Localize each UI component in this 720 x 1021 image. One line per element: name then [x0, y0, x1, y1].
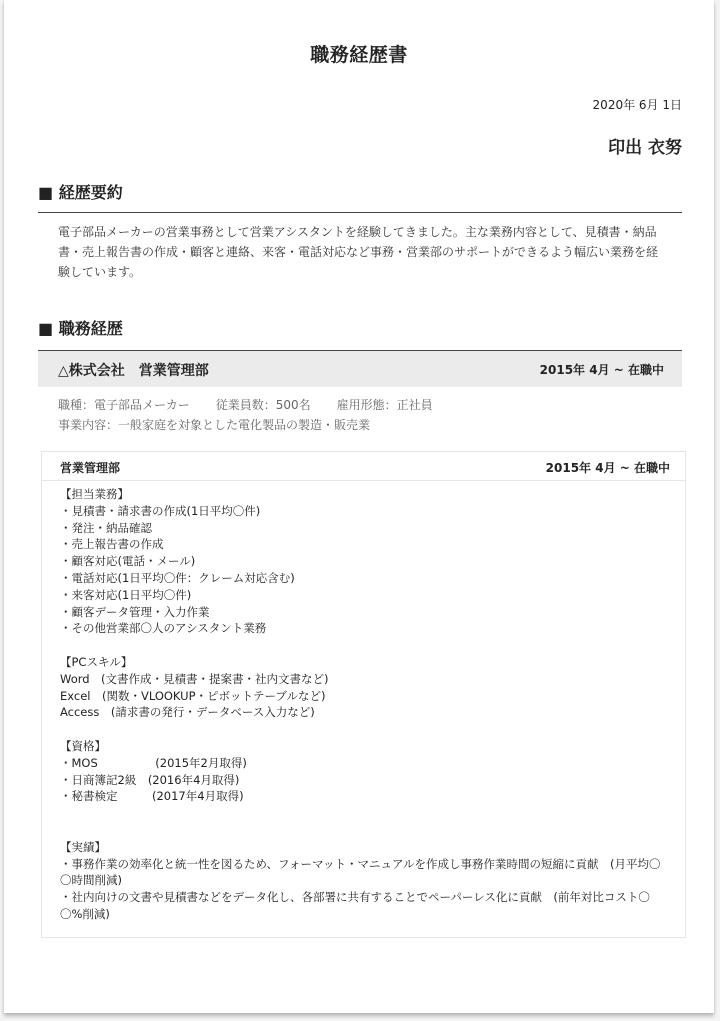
document-date: 2020年 6月 1日 — [593, 96, 682, 113]
duty-item: ・売上報告書の作成 — [60, 536, 667, 553]
pc-skill-item: Word (文書作成・見積書・提案書・社内文書など) — [60, 671, 667, 688]
company-business: 事業内容：一般家庭を対象とした電化製品の製造・販売業 — [58, 415, 459, 435]
achievements-heading: 【実績】 — [60, 839, 667, 856]
company-employment-type: 雇用形態：正社員 — [337, 398, 433, 412]
summary-text: 電子部品メーカーの営業事務として営業アシスタントを経験してきました。主な業務内容… — [58, 222, 668, 282]
pc-skill-item: Excel (関数・VLOOKUP・ピボットテーブルなど) — [60, 688, 667, 705]
applicant-name: 印出 衣努 — [608, 133, 682, 158]
company-industry: 職種：電子部品メーカー — [58, 398, 190, 412]
company-name: △株式会社 営業管理部 — [58, 360, 209, 380]
summary-divider — [38, 212, 682, 213]
duties-heading: 【担当業務】 — [60, 486, 667, 503]
qualifications-heading: 【資格】 — [60, 738, 667, 755]
summary-heading: ■ 経歴要約 — [38, 180, 123, 203]
company-info: 職種：電子部品メーカー従業員数：500名雇用形態：正社員 事業内容：一般家庭を対… — [58, 395, 459, 435]
department-box: 営業管理部 2015年 4月 ~ 在職中 【担当業務】 ・見積書・請求書の作成(… — [41, 451, 686, 938]
department-header: 営業管理部 2015年 4月 ~ 在職中 — [42, 452, 685, 481]
resume-page: 職務経歴書 2020年 6月 1日 印出 衣努 ■ 経歴要約 電子部品メーカーの… — [4, 0, 714, 1013]
company-period: 2015年 4月 ~ 在職中 — [540, 361, 664, 378]
duty-item: ・顧客対応(電話・メール) — [60, 553, 667, 570]
pc-skill-item: Access (請求書の発行・データベース入力など) — [60, 704, 667, 721]
duty-item: ・発注・納品確認 — [60, 520, 667, 537]
pc-skills-heading: 【PCスキル】 — [60, 654, 667, 671]
company-employees: 従業員数：500名 — [216, 398, 311, 412]
qualification-item: ・日商簿記2級 (2016年4月取得) — [60, 772, 667, 789]
document-title: 職務経歴書 — [4, 40, 714, 67]
department-name: 営業管理部 — [60, 459, 120, 476]
duty-item: ・見積書・請求書の作成(1日平均〇件) — [60, 503, 667, 520]
duty-item: ・電話対応(1日平均〇件：クレーム対応含む) — [60, 570, 667, 587]
qualification-item: ・MOS (2015年2月取得) — [60, 755, 667, 772]
career-heading: ■ 職務経歴 — [38, 316, 123, 339]
duty-item: ・その他営業部〇人のアシスタント業務 — [60, 620, 667, 637]
achievement-item: ・社内向けの文書や見積書などをデータ化し、各部署に共有することでペーパーレス化に… — [60, 889, 667, 923]
department-details: 【担当業務】 ・見積書・請求書の作成(1日平均〇件) ・発注・納品確認 ・売上報… — [42, 481, 685, 923]
qualification-item: ・秘書検定 (2017年4月取得) — [60, 788, 667, 805]
company-header: △株式会社 営業管理部 2015年 4月 ~ 在職中 — [38, 350, 682, 387]
duty-item: ・顧客データ管理・入力作業 — [60, 604, 667, 621]
achievement-item: ・事務作業の効率化と統一性を図るため、フォーマット・マニュアルを作成し事務作業時… — [60, 856, 667, 890]
department-period: 2015年 4月 ~ 在職中 — [546, 459, 670, 476]
duty-item: ・来客対応(1日平均〇件) — [60, 587, 667, 604]
